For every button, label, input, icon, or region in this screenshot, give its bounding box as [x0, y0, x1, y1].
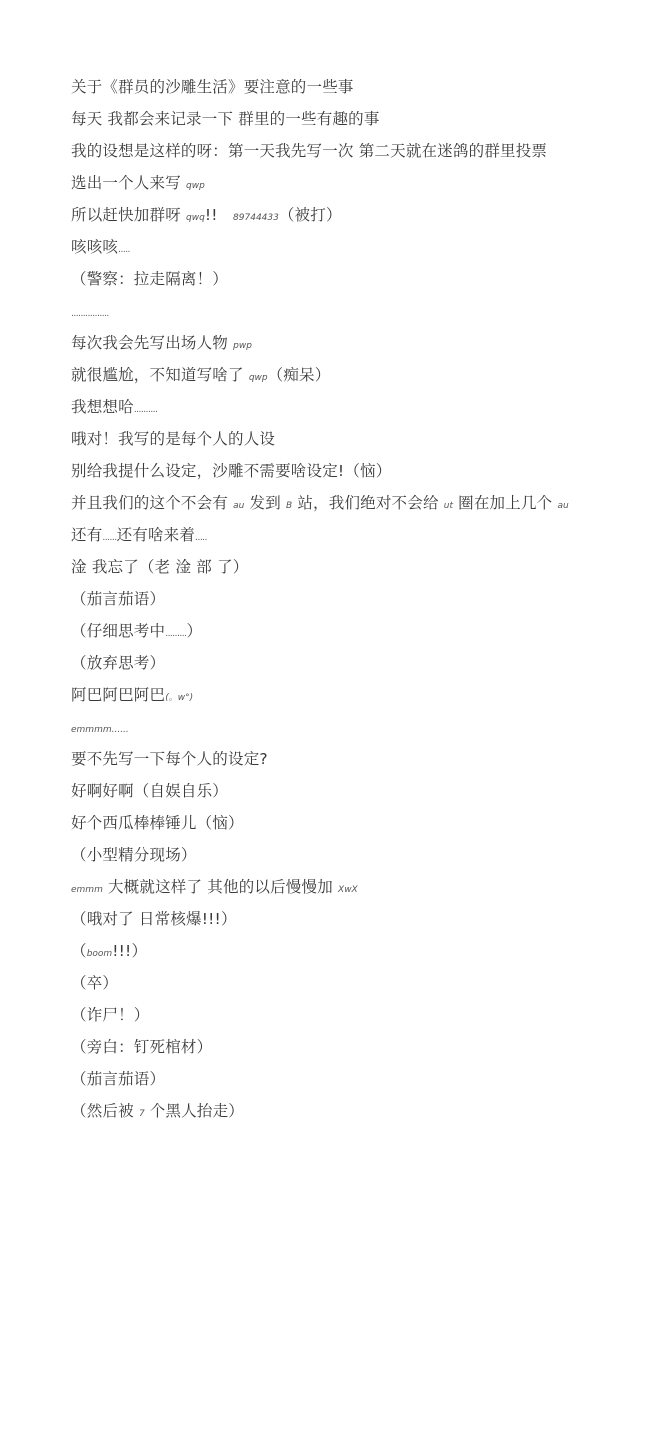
- text-line: 所以赶快加群呀 qwq!! 89744433（被打）: [71, 203, 631, 235]
- text-line: 哦对！我写的是每个人的人设: [71, 427, 631, 459]
- text-segment: 每次我会先写出场人物: [71, 334, 233, 352]
- text-line: （茄言茄语）: [71, 587, 631, 619]
- text-segment: （哦对了 日常核爆!!!）: [71, 910, 237, 928]
- text-line: （仔细思考中.........）: [71, 619, 631, 651]
- text-line: 我的设想是这样的呀：第一天我先写一次 第二天就在迷鸽的群里投票: [71, 139, 631, 171]
- text-segment: 咳咳咳: [71, 238, 118, 256]
- text-segment: （旁白：钉死棺材）: [71, 1038, 212, 1056]
- text-segment: （仔细思考中: [71, 622, 165, 640]
- text-segment: 阿巴阿巴阿巴: [71, 686, 165, 704]
- text-line: （小型精分现场）: [71, 843, 631, 875]
- text-line: 淦 我忘了（老 淦 部 了）: [71, 555, 631, 587]
- text-line: 还有......还有啥来着.....: [71, 523, 631, 555]
- text-line: （卒）: [71, 971, 631, 1003]
- latin-segment: pwp: [233, 341, 252, 351]
- text-segment: （诈尸！）: [71, 1006, 150, 1024]
- text-segment: 好啊好啊（自娱自乐）: [71, 782, 228, 800]
- text-segment: !!: [205, 206, 233, 224]
- latin-segment: qwq: [186, 213, 205, 223]
- text-line: 关于《群员的沙雕生活》要注意的一些事: [71, 75, 631, 107]
- text-line: （茄言茄语）: [71, 1067, 631, 1099]
- text-segment: （茄言茄语）: [71, 1070, 165, 1088]
- text-line: emmm 大概就这样了 其他的以后慢慢加 XwX: [71, 875, 631, 907]
- text-segment: 关于《群员的沙雕生活》要注意的一些事: [71, 78, 354, 96]
- text-segment: （: [71, 942, 87, 960]
- text-segment: 所以赶快加群呀: [71, 206, 186, 224]
- text-line: （boom!!!）: [71, 939, 631, 971]
- text-segment: （卒）: [71, 974, 118, 992]
- latin-segment: emmm: [71, 885, 103, 895]
- text-line: 并且我们的这个不会有 au 发到 B 站，我们绝对不会给 ut 圈在加上几个 a…: [71, 491, 631, 523]
- ellipsis-segment: ................: [71, 309, 109, 319]
- text-line: ................: [71, 299, 631, 331]
- text-segment: 圈在加上几个: [453, 494, 557, 512]
- latin-segment: ut: [444, 501, 453, 511]
- text-segment: 我想想哈: [71, 398, 134, 416]
- text-segment: （然后被: [71, 1102, 139, 1120]
- text-line: 咳咳咳.....: [71, 235, 631, 267]
- text-segment: 大概就这样了 其他的以后慢慢加: [103, 878, 338, 896]
- ellipsis-segment: .....: [118, 245, 130, 255]
- text-segment: 个黑人抬走）: [145, 1102, 244, 1120]
- text-segment: 还有啥来着: [117, 526, 196, 544]
- text-segment: 发到: [244, 494, 286, 512]
- ellipsis-segment: .....: [195, 533, 207, 543]
- text-line: 好个西瓜棒棒锤儿（恼）: [71, 811, 631, 843]
- text-line: 每次我会先写出场人物 pwp: [71, 331, 631, 363]
- text-segment: （被打）: [279, 206, 342, 224]
- text-line: 好啊好啊（自娱自乐）: [71, 779, 631, 811]
- text-segment: 站，我们绝对不会给: [292, 494, 444, 512]
- latin-segment: qwp: [249, 373, 268, 383]
- text-segment: 淦 我忘了（老 淦 部 了）: [71, 558, 249, 576]
- text-line: emmmm......: [71, 715, 631, 747]
- latin-segment: boom: [87, 949, 113, 959]
- text-line: 每天 我都会来记录一下 群里的一些有趣的事: [71, 107, 631, 139]
- text-line: 要不先写一下每个人的设定?: [71, 747, 631, 779]
- latin-segment: 89744433: [233, 213, 279, 223]
- text-segment: 好个西瓜棒棒锤儿（恼）: [71, 814, 244, 832]
- text-line: （哦对了 日常核爆!!!）: [71, 907, 631, 939]
- text-segment: （痴呆）: [268, 366, 331, 384]
- text-segment: 还有: [71, 526, 102, 544]
- text-segment: （放弃思考）: [71, 654, 165, 672]
- text-segment: 哦对！我写的是每个人的人设: [71, 430, 275, 448]
- text-segment: ）: [186, 622, 202, 640]
- text-segment: 选出一个人来写: [71, 174, 186, 192]
- text-line: 阿巴阿巴阿巴(。w°): [71, 683, 631, 715]
- ellipsis-segment: .........: [165, 629, 186, 639]
- latin-segment: emmmm......: [71, 725, 129, 735]
- text-line: （诈尸！）: [71, 1003, 631, 1035]
- text-line: 我想想哈..........: [71, 395, 631, 427]
- text-segment: 就很尴尬，不知道写啥了: [71, 366, 249, 384]
- latin-segment: au: [233, 501, 244, 511]
- text-line: （旁白：钉死棺材）: [71, 1035, 631, 1067]
- text-line: （然后被 7 个黑人抬走）: [71, 1099, 631, 1131]
- text-line: 选出一个人来写 qwp: [71, 171, 631, 203]
- text-segment: （小型精分现场）: [71, 846, 197, 864]
- latin-segment: au: [557, 501, 568, 511]
- text-segment: 要不先写一下每个人的设定?: [71, 750, 268, 768]
- text-segment: 每天 我都会来记录一下 群里的一些有趣的事: [71, 110, 380, 128]
- latin-segment: (。w°): [165, 693, 193, 703]
- text-segment: 别给我提什么设定，沙雕不需要啥设定!（恼）: [71, 462, 391, 480]
- text-line: 就很尴尬，不知道写啥了 qwp（痴呆）: [71, 363, 631, 395]
- text-segment: 并且我们的这个不会有: [71, 494, 233, 512]
- text-segment: （茄言茄语）: [71, 590, 165, 608]
- ellipsis-segment: ......: [102, 533, 116, 543]
- text-segment: !!!）: [112, 942, 147, 960]
- document-body: 关于《群员的沙雕生活》要注意的一些事每天 我都会来记录一下 群里的一些有趣的事我…: [71, 75, 631, 1131]
- latin-segment: qwp: [186, 181, 205, 191]
- text-segment: 我的设想是这样的呀：第一天我先写一次 第二天就在迷鸽的群里投票: [71, 142, 547, 160]
- text-line: （放弃思考）: [71, 651, 631, 683]
- text-segment: （警察：拉走隔离！）: [71, 270, 228, 288]
- ellipsis-segment: ..........: [134, 405, 158, 415]
- latin-segment: XwX: [338, 885, 358, 895]
- text-line: （警察：拉走隔离！）: [71, 267, 631, 299]
- text-line: 别给我提什么设定，沙雕不需要啥设定!（恼）: [71, 459, 631, 491]
